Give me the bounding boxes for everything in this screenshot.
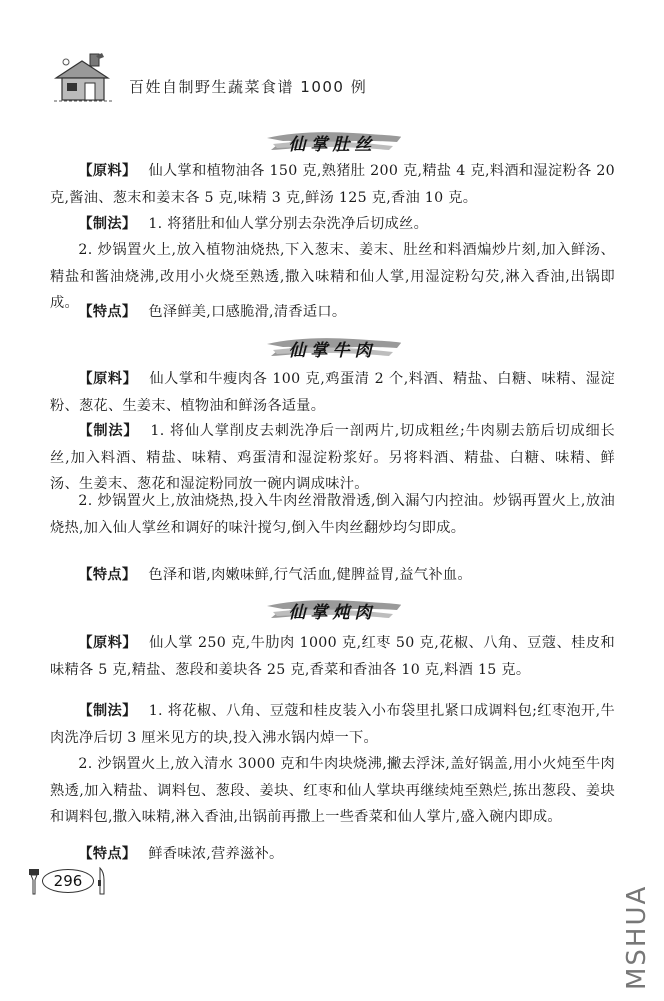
method-label: 【制法】 [78,703,136,719]
features-paragraph: 【特点】色泽鲜美,口感脆滑,清香适口。 [50,299,615,326]
features-paragraph: 【特点】色泽和谐,肉嫩味鲜,行气活血,健脾益胃,益气补血。 [50,562,615,589]
ingredients-label: 【原料】 [78,371,137,387]
features-label: 【特点】 [78,304,136,320]
method-paragraph: 【制法】1. 将仙人掌削皮去刺洗净后一剖两片,切成粗丝;牛肉剔去筋后切成细长丝,… [50,418,615,498]
watermark: MSHUA [622,885,652,990]
features-label: 【特点】 [78,567,136,583]
recipe-title: 仙掌炖肉 [289,598,377,623]
ingredients-paragraph: 【原料】仙人掌和植物油各 150 克,熟猪肚 200 克,精盐 4 克,料酒和湿… [50,158,615,211]
ingredients-label: 【原料】 [78,163,136,179]
recipe-title: 仙掌牛肉 [289,336,377,361]
features-text: 色泽和谐,肉嫩味鲜,行气活血,健脾益胃,益气补血。 [148,567,471,583]
fork-icon [28,868,40,896]
method-step-1: 1. 将猪肚和仙人掌分别去杂洗净后切成丝。 [148,216,428,232]
book-title: 百姓自制野生蔬菜食谱 1000 例 [129,76,367,97]
features-text: 鲜香味浓,营养滋补。 [148,846,283,862]
house-icon [52,48,116,104]
method-label: 【制法】 [78,216,136,232]
method-step-2: 2. 沙锅置火上,放入清水 3000 克和牛肉块烧沸,撇去浮沫,盖好锅盖,用小火… [50,751,615,831]
method-label: 【制法】 [78,423,138,439]
method-paragraph: 【制法】1. 将猪肚和仙人掌分别去杂洗净后切成丝。 [50,211,615,238]
recipe-title: 仙掌肚丝 [289,130,377,155]
page-footer: 296 [28,866,118,896]
method-paragraph: 【制法】1. 将花椒、八角、豆蔻和桂皮装入小布袋里扎紧口成调料包;红枣泡开,牛肉… [50,698,615,751]
running-header: 百姓自制野生蔬菜食谱 1000 例 [52,48,412,104]
knife-icon [96,866,108,896]
ingredients-label: 【原料】 [78,635,137,651]
features-text: 色泽鲜美,口感脆滑,清香适口。 [148,304,346,320]
features-label: 【特点】 [78,846,136,862]
recipe-title-banner: 仙掌炖肉 [50,592,615,626]
features-paragraph: 【特点】鲜香味浓,营养滋补。 [50,841,615,868]
recipe-title-banner: 仙掌牛肉 [50,330,615,364]
ingredients-paragraph: 【原料】仙人掌和牛瘦肉各 100 克,鸡蛋清 2 个,料酒、精盐、白糖、味精、湿… [50,366,615,419]
recipe-title-banner: 仙掌肚丝 [50,124,615,158]
page-number: 296 [42,869,94,893]
method-step-2: 2. 炒锅置火上,放油烧热,投入牛肉丝滑散滑透,倒入漏勺内控油。炒锅再置火上,放… [50,488,615,541]
ingredients-paragraph: 【原料】仙人掌 250 克,牛肋肉 1000 克,红枣 50 克,花椒、八角、豆… [50,630,615,683]
